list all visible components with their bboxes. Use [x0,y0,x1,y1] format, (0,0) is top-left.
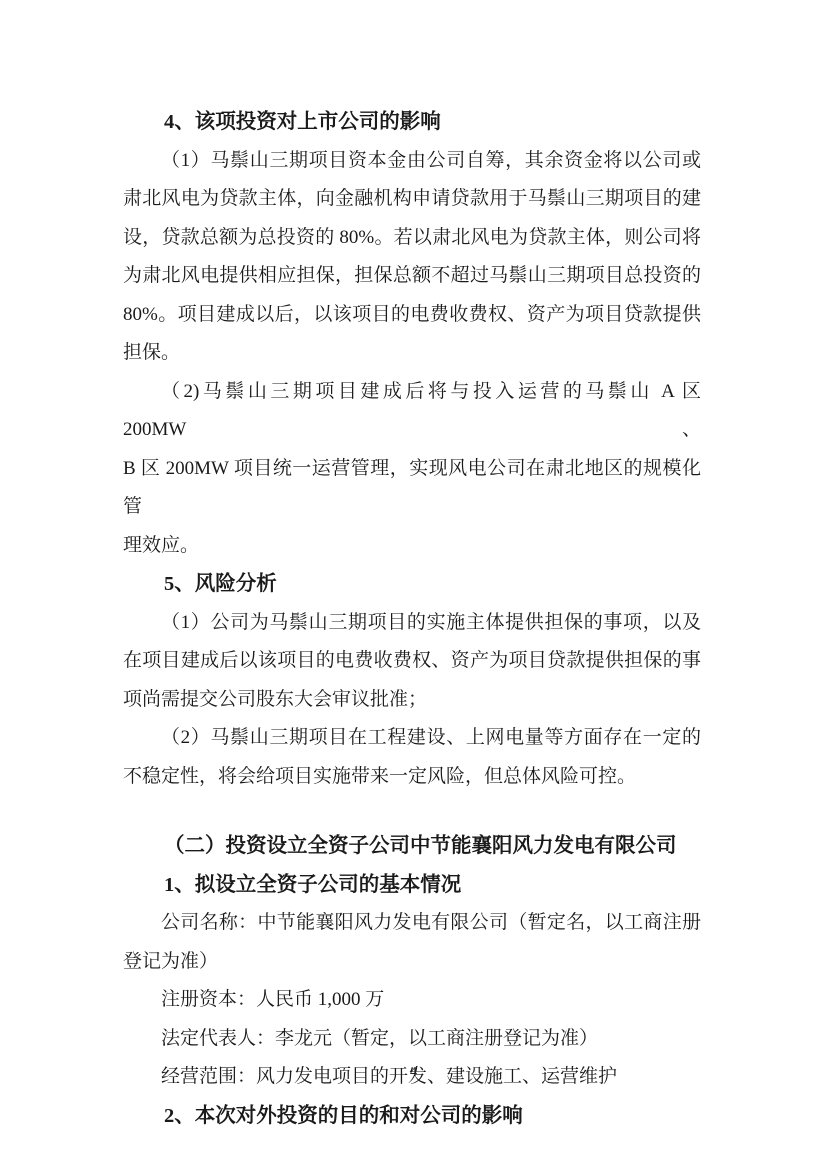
body-text-line: 80%。项目建成以后，以该项目的电费收费权、资产为项目贷款提供 [123,296,701,335]
heading-line: 1、拟设立全资子公司的基本情况 [123,866,701,905]
heading-line: 2、本次对外投资的目的和对公司的影响 [123,1097,701,1136]
body-text-line: 项尚需提交公司股东大会审议批准； [123,681,701,720]
body-text-line: （1）马鬃山三期项目资本金由公司自筹，其余资金将以公司或 [123,142,701,181]
page-number: 4 [410,1065,417,1080]
paragraph-block: （1）公司为马鬃山三期项目的实施主体提供担保的事项，以及在项目建成后以该项目的电… [123,604,701,720]
paragraph-block: （2）马鬃山三期项目在工程建设、上网电量等方面存在一定的不稳定性，将会给项目实施… [123,719,701,796]
body-text-line: 理效应。 [123,527,701,566]
paragraph-block: 注册资本：人民币 1,000 万 [123,981,701,1020]
heading-block: 2、本次对外投资的目的和对公司的影响 [123,1097,701,1136]
heading-line: 4、该项投资对上市公司的影响 [123,103,701,142]
body-text-line: （1）公司为马鬃山三期项目的实施主体提供担保的事项，以及 [123,604,701,643]
paragraph-block: （2)马鬃山三期项目建成后将与投入运营的马鬃山 A 区 200MW、B 区 20… [123,373,701,566]
paragraph-block: 法定代表人：李龙元（暂定，以工商注册登记为准） [123,1020,701,1059]
page-footer: 4 [0,1063,827,1081]
body-text-line: 担保。 [123,334,701,373]
heading-block: 4、该项投资对上市公司的影响 [123,103,701,142]
body-text-line: B 区 200MW 项目统一运营管理，实现风电公司在肃北地区的规模化管 [123,450,701,527]
heading-block: 1、拟设立全资子公司的基本情况 [123,866,701,905]
body-text-line: 法定代表人：李龙元（暂定，以工商注册登记为准） [123,1020,701,1059]
body-text-line: （2)马鬃山三期项目建成后将与投入运营的马鬃山 A 区 200MW、 [123,373,701,450]
document-page: 4、该项投资对上市公司的影响（1）马鬃山三期项目资本金由公司自筹，其余资金将以公… [0,0,827,1169]
body-text-line: 肃北风电为贷款主体，向金融机构申请贷款用于马鬃山三期项目的建 [123,180,701,219]
body-text-line: 公司名称：中节能襄阳风力发电有限公司（暂定名，以工商注册 [123,904,701,943]
paragraph-block: （1）马鬃山三期项目资本金由公司自筹，其余资金将以公司或肃北风电为贷款主体，向金… [123,142,701,373]
body-text-line: 不稳定性，将会给项目实施带来一定风险，但总体风险可控。 [123,758,701,797]
heading-block: 5、风险分析 [123,565,701,604]
body-text-line: 在项目建成后以该项目的电费收费权、资产为项目贷款提供担保的事 [123,642,701,681]
body-text-line: 为肃北风电提供相应担保，担保总额不超过马鬃山三期项目总投资的 [123,257,701,296]
body-text-line: （2）马鬃山三期项目在工程建设、上网电量等方面存在一定的 [123,719,701,758]
body-text-line: 注册资本：人民币 1,000 万 [123,981,701,1020]
heading-block: （二）投资设立全资子公司中节能襄阳风力发电有限公司 [123,827,701,866]
paragraph-block: 公司名称：中节能襄阳风力发电有限公司（暂定名，以工商注册登记为准） [123,904,701,981]
heading-line: 5、风险分析 [123,565,701,604]
document-body: 4、该项投资对上市公司的影响（1）马鬃山三期项目资本金由公司自筹，其余资金将以公… [123,103,701,1135]
heading-line: （二）投资设立全资子公司中节能襄阳风力发电有限公司 [123,827,701,866]
body-text-line: 设，贷款总额为总投资的 80%。若以肃北风电为贷款主体，则公司将 [123,219,701,258]
body-text-line: 登记为准） [123,943,701,982]
